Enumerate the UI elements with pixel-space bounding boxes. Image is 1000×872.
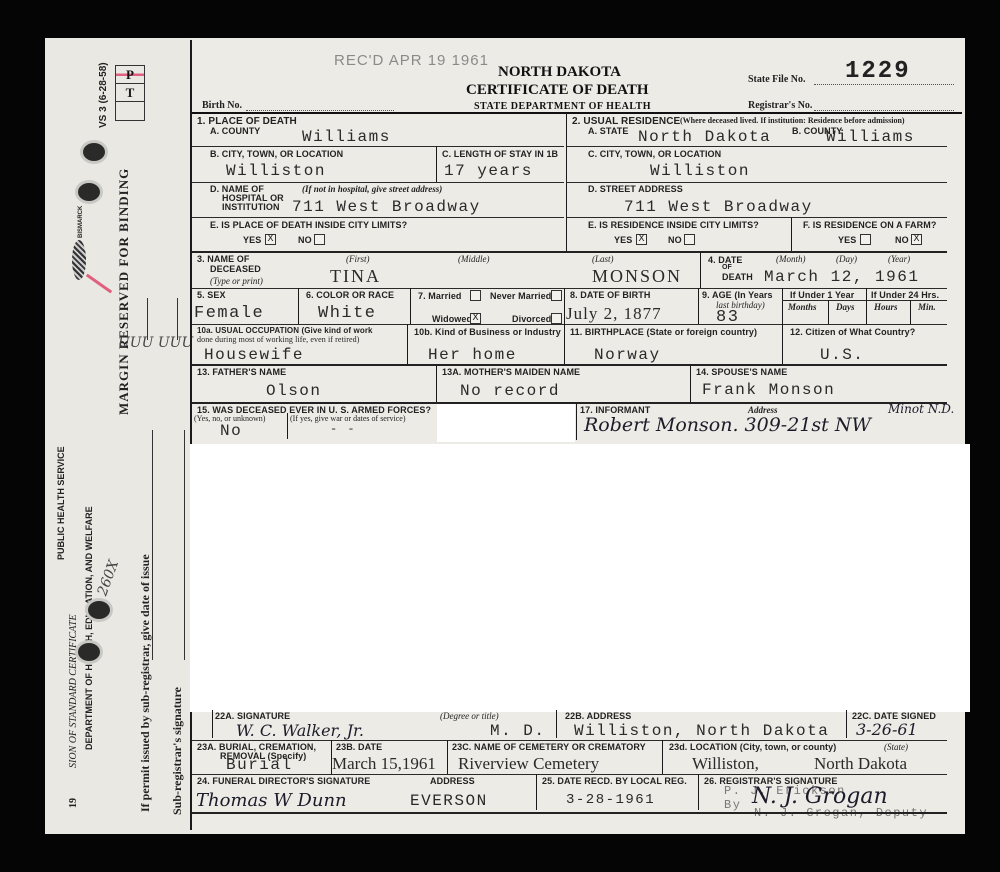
- hours-label: Hours: [874, 302, 898, 312]
- divorced-checkbox[interactable]: [551, 313, 562, 324]
- section-rule-3: [192, 251, 947, 253]
- months-label: Months: [788, 302, 817, 312]
- stay-divider: [436, 146, 437, 182]
- col-divider: [564, 324, 565, 364]
- director-signature: Thomas W Dunn: [196, 790, 347, 811]
- dob-label: 8. DATE OF BIRTH: [570, 290, 650, 300]
- middle-name-label: (Middle): [458, 254, 490, 264]
- col-divider: [407, 324, 408, 364]
- permit-note: If permit issued by sub-registrar, give …: [138, 554, 153, 812]
- degree-value: M. D.: [490, 722, 546, 740]
- business-value: Her home: [428, 346, 517, 364]
- ur-city-label: c. CITY, TOWN, OR LOCATION: [588, 149, 721, 159]
- divorced-label: Divorced: [512, 314, 551, 324]
- dod-value: March 12, 1961: [764, 268, 919, 286]
- name-label-1: 3. NAME OF: [197, 254, 250, 264]
- registrar-by: By: [724, 798, 741, 812]
- race-label: 6. COLOR OR RACE: [306, 290, 394, 300]
- col-divider: [410, 288, 411, 324]
- ur-street-label: d. STREET ADDRESS: [588, 184, 683, 194]
- ur-no-label: NO: [668, 235, 682, 245]
- pt-box-t: T: [116, 84, 144, 102]
- subregistrar-signature-label: Sub-registrar's signature: [170, 687, 185, 815]
- pod-hospital-value: 711 West Broadway: [292, 198, 481, 216]
- spouse-label: 14. SPOUSE'S NAME: [696, 367, 787, 377]
- col-divider: [564, 288, 565, 324]
- subreg-line: [184, 430, 185, 660]
- pod-city-limits-label: e. IS PLACE OF DEATH INSIDE CITY LIMITS?: [210, 220, 407, 230]
- signature-label: 22a. SIGNATURE: [215, 711, 290, 721]
- race-value: White: [318, 304, 377, 323]
- col-divider: [866, 288, 867, 324]
- col-divider: [782, 288, 783, 324]
- occupation-value: Housewife: [204, 346, 304, 364]
- state-file-line: [814, 84, 954, 86]
- row-rule: [567, 182, 947, 183]
- director-address-value: EVERSON: [410, 792, 488, 810]
- widowed-label: Widowed: [432, 314, 472, 324]
- pod-yes-checkbox[interactable]: X: [265, 234, 276, 245]
- col-divider: [846, 710, 847, 738]
- pt-box-p: P: [116, 66, 144, 84]
- cert-left-border: [212, 710, 213, 738]
- date-signed-value: 3-26-61: [856, 720, 918, 739]
- col-divider: [556, 710, 557, 738]
- row-rule: [192, 217, 564, 218]
- armed-value: No: [220, 422, 242, 440]
- ur-city-limits-label: e. IS RESIDENCE INSIDE CITY LIMITS?: [588, 220, 759, 230]
- informant-city: Minot N.D.: [888, 402, 954, 416]
- binding-hole-4: [75, 640, 103, 664]
- physician-signature: W. C. Walker, Jr.: [236, 721, 364, 740]
- cert-address-value: Williston, North Dakota: [574, 722, 829, 740]
- birth-no-label: Birth No.: [202, 100, 242, 111]
- name-label-2: DECEASED: [210, 264, 261, 274]
- father-value: Olson: [266, 382, 322, 400]
- received-stamp: REC'D APR 19 1961: [334, 52, 489, 69]
- pod-county-value: Williams: [302, 128, 391, 146]
- never-married-checkbox[interactable]: [551, 290, 562, 301]
- ur-county-value: Williams: [826, 128, 915, 146]
- binding-hole-1: [80, 140, 108, 164]
- public-health-label: PUBLIC HEALTH SERVICE: [56, 446, 66, 560]
- col-divider: [447, 740, 448, 774]
- cause-of-death-redaction: [190, 444, 970, 712]
- col-divider: [298, 288, 299, 324]
- business-label: 10b. Kind of Business or Industry: [414, 327, 561, 337]
- dod-month-label: (Month): [776, 254, 806, 264]
- citizen-label: 12. Citizen of What Country?: [790, 327, 915, 337]
- registrar-no-label: Registrar's No.: [748, 100, 812, 111]
- ur-yes-label: YES: [614, 235, 632, 245]
- dod-divider: [700, 252, 701, 288]
- location-state-label: (State): [884, 742, 908, 752]
- row-rule: [192, 364, 947, 366]
- ur-farm-no-label: NO: [895, 235, 909, 245]
- bottom-rule: [192, 812, 947, 814]
- row-rule: [567, 217, 947, 218]
- armed-service-value: - -: [330, 422, 356, 436]
- col-divider: [536, 774, 537, 810]
- informant-value: Robert Monson. 309-21st NW: [584, 414, 871, 436]
- col-divider: [576, 404, 577, 440]
- location-label: 23d. LOCATION (City, town, or county): [669, 742, 836, 752]
- state-file-label: State File No.: [748, 74, 806, 85]
- certificate-title: CERTIFICATE OF DEATH: [466, 82, 649, 99]
- burial-date-label: 23b. DATE: [336, 742, 382, 752]
- sex-value: Female: [194, 304, 264, 323]
- first-name-label: (First): [346, 254, 370, 264]
- ur-farm-yes-checkbox[interactable]: [860, 234, 871, 245]
- dod-year-label: (Year): [888, 254, 910, 264]
- father-label: 13. FATHER'S NAME: [197, 367, 286, 377]
- row-rule: [192, 182, 564, 183]
- ur-city-yes-checkbox[interactable]: X: [636, 234, 647, 245]
- ur-farm-label: f. IS RESIDENCE ON A FARM?: [803, 220, 936, 230]
- margin-line-2: [177, 298, 178, 340]
- binding-hole-2: [75, 180, 103, 204]
- pod-no-checkbox[interactable]: [314, 234, 325, 245]
- under-24-label: If Under 24 Hrs.: [871, 290, 939, 300]
- row-rule: [192, 146, 564, 147]
- form-code: VS 3 (6-28-58): [98, 62, 109, 128]
- last-name-value: MONSON: [592, 266, 682, 287]
- row-rule: [192, 324, 947, 325]
- ur-farm-no-checkbox[interactable]: X: [911, 234, 922, 245]
- name-label-3: (Type or print): [210, 276, 263, 286]
- never-married-label: Never Married: [490, 291, 551, 301]
- cemetery-value: Riverview Cemetery: [458, 754, 599, 774]
- usual-residence-note: (Where deceased lived. If institution: R…: [680, 116, 905, 125]
- age-label-1: 9. AGE (In Years: [702, 290, 773, 300]
- mother-value: No record: [460, 382, 560, 400]
- printer-seal-icon: [72, 240, 86, 280]
- state-title: NORTH DAKOTA: [498, 64, 621, 81]
- mother-label: 13a. MOTHER'S MAIDEN NAME: [442, 367, 580, 377]
- recd-label: 25. DATE RECD. BY LOCAL REG.: [542, 776, 687, 786]
- permit-line: [152, 430, 153, 660]
- registrar-signature: N. J. Grogan: [752, 784, 888, 809]
- ssn-redaction: [437, 404, 575, 442]
- first-name-value: TINA: [330, 266, 381, 287]
- location-city-value: Williston,: [692, 754, 759, 774]
- row-rule: [192, 774, 947, 775]
- pt-box-blank: [116, 102, 144, 119]
- pod-city-value: Williston: [226, 162, 326, 180]
- dod-label-2: OF: [722, 264, 732, 271]
- pod-city-label: b. CITY, TOWN, OR LOCATION: [210, 149, 343, 159]
- min-label: Min.: [918, 302, 936, 312]
- dod-label-3: DEATH: [722, 272, 753, 282]
- ur-state-value: North Dakota: [638, 128, 771, 146]
- married-label: 7. Married: [418, 291, 462, 301]
- col-divider: [436, 366, 437, 402]
- ur-state-label: a. STATE: [588, 126, 628, 136]
- row-rule: [192, 288, 947, 289]
- spouse-value: Frank Monson: [702, 381, 835, 399]
- col-divider: [828, 300, 829, 324]
- pod-hospital-note: (If not in hospital, give street address…: [302, 184, 442, 194]
- pt-box: P T: [115, 65, 145, 121]
- cert-address-label: 22b. ADDRESS: [565, 711, 631, 721]
- days-label: Days: [836, 302, 855, 312]
- pod-stay-label: c. LENGTH OF STAY IN 1b: [442, 149, 558, 159]
- standard-cert-label: SION OF STANDARD CERTIFICATE: [68, 614, 79, 768]
- sub-rule: [782, 300, 947, 301]
- occupation-label-2: done during most of working life, even i…: [197, 335, 360, 344]
- header-rule: [192, 112, 962, 114]
- director-label: 24. FUNERAL DIRECTOR'S SIGNATURE: [197, 776, 370, 786]
- dept-label: DEPARTMENT OF HEALTH, EDUCATION, AND WEL…: [84, 506, 94, 750]
- binding-hole-3: [85, 598, 113, 622]
- pod-county-label: a. COUNTY: [210, 126, 260, 136]
- ur-street-value: 711 West Broadway: [624, 198, 813, 216]
- tally-marks: UUU UUU: [118, 335, 193, 351]
- burial-type-value: Burial: [226, 756, 293, 774]
- ur-city-value: Williston: [650, 162, 750, 180]
- row-rule: [567, 146, 947, 147]
- burial-date-value: March 15,1961: [332, 754, 436, 774]
- col-divider: [287, 413, 288, 439]
- director-address-label: ADDRESS: [430, 776, 475, 786]
- col-divider: [698, 288, 699, 324]
- occupation-label-1: 10a. USUAL OCCUPATION (Give kind of work: [197, 326, 373, 335]
- pod-yes-label: YES: [243, 235, 261, 245]
- pod-hospital-label-3: INSTITUTION: [222, 202, 280, 212]
- recd-value: 3-28-1961: [566, 792, 655, 808]
- col-divider: [662, 740, 663, 774]
- dod-day-label: (Day): [836, 254, 857, 264]
- under-year-label: If Under 1 Year: [790, 290, 854, 300]
- col-divider: [698, 774, 699, 810]
- pod-stay-value: 17 years: [444, 162, 533, 180]
- widowed-checkbox[interactable]: X: [470, 313, 481, 324]
- last-name-label: (Last): [592, 254, 614, 264]
- degree-label: (Degree or title): [440, 711, 499, 721]
- department-title: STATE DEPARTMENT OF HEALTH: [474, 101, 651, 112]
- ur-city-no-checkbox[interactable]: [684, 234, 695, 245]
- dob-value: July 2, 1877: [566, 304, 662, 324]
- birthplace-label: 11. BIRTHPLACE (State or foreign country…: [570, 327, 757, 337]
- sex-label: 5. SEX: [197, 290, 226, 300]
- cemetery-label: 23c. NAME OF CEMETERY OR CREMATORY: [452, 742, 646, 752]
- ur-farm-yes-label: YES: [838, 235, 856, 245]
- citizen-value: U.S.: [820, 346, 864, 364]
- row-rule: [192, 740, 947, 741]
- year-prefix: 19: [68, 798, 79, 808]
- farm-divider: [791, 217, 792, 251]
- col-divider: [782, 324, 783, 364]
- pod-no-label: NO: [298, 235, 312, 245]
- margin-line-1: [147, 298, 148, 340]
- binding-margin-label: MARGIN RESERVED FOR BINDING: [116, 168, 132, 415]
- col-divider: [690, 366, 691, 402]
- printer-mark: BISMARCK: [78, 206, 84, 238]
- col-divider: [910, 300, 911, 324]
- location-state-value: North Dakota: [814, 754, 907, 774]
- birthplace-value: Norway: [594, 346, 661, 364]
- married-checkbox[interactable]: [470, 290, 481, 301]
- state-file-number: 1229: [845, 58, 911, 85]
